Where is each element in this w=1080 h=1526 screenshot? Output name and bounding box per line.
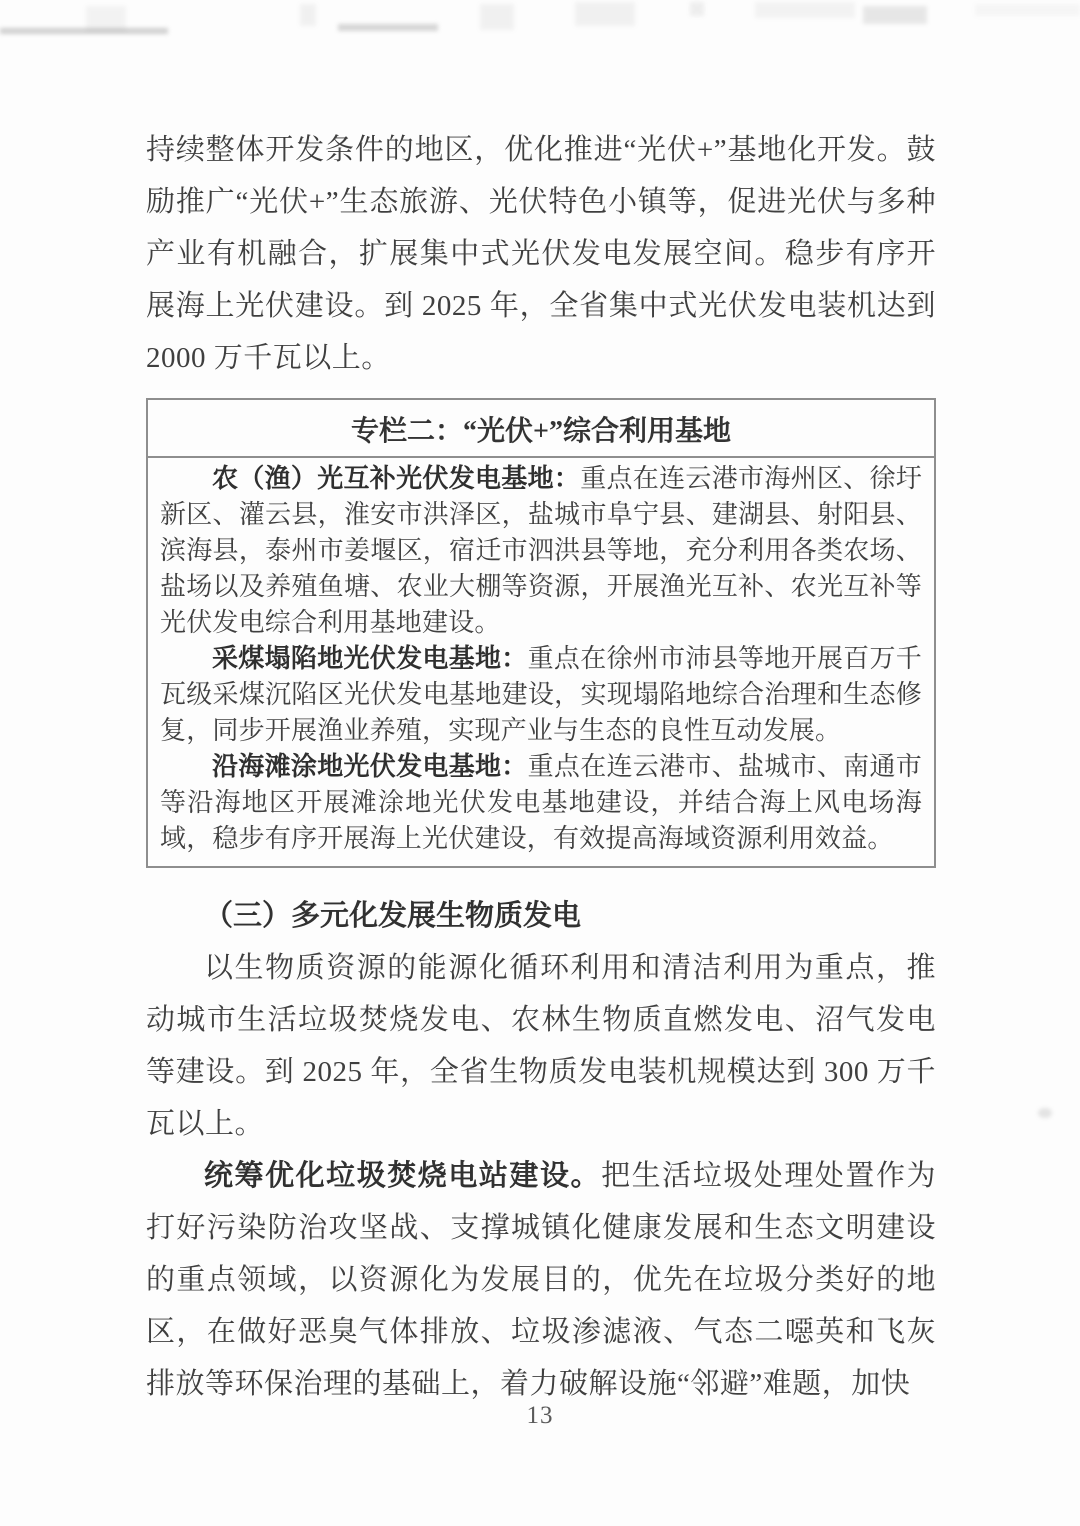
document-page: 持续整体开发条件的地区，优化推进“光伏+”基地化开发。鼓励推广“光伏+”生态旅游… bbox=[0, 0, 1080, 1526]
scan-artifact bbox=[575, 2, 635, 26]
scan-artifact bbox=[338, 24, 438, 31]
callout-box-title: 专栏二：“光伏+”综合利用基地 bbox=[148, 400, 934, 458]
scan-artifact bbox=[480, 4, 514, 30]
box-item-lead: 农（渔）光互补光伏发电基地： bbox=[212, 464, 580, 493]
callout-box-column-two: 专栏二：“光伏+”综合利用基地 农（渔）光互补光伏发电基地：重点在连云港市海州区… bbox=[146, 398, 936, 868]
box-item-lead: 采煤塌陷地光伏发电基地： bbox=[212, 644, 528, 673]
page-number: 13 bbox=[0, 1402, 1080, 1430]
box-item-agri-fishery-pv: 农（渔）光互补光伏发电基地：重点在连云港市海州区、徐圩新区、灌云县，淮安市洪泽区… bbox=[160, 461, 922, 641]
paragraph-waste-text: 把生活垃圾处理处置作为打好污染防治攻坚战、支撑城镇化健康发展和生态文明建设的重点… bbox=[146, 1160, 936, 1400]
paragraph-biomass: 以生物质资源的能源化循环利用和清洁利用为重点，推动城市生活垃圾焚烧发电、农林生物… bbox=[146, 942, 936, 1150]
box-item-coal-subsidence-pv: 采煤塌陷地光伏发电基地：重点在徐州市沛县等地开展百万千瓦级采煤沉陷区光伏发电基地… bbox=[160, 641, 922, 749]
scan-artifact bbox=[86, 6, 126, 32]
box-item-lead: 沿海滩涂地光伏发电基地： bbox=[212, 752, 528, 781]
scan-artifact bbox=[0, 28, 168, 34]
callout-box-body: 农（渔）光互补光伏发电基地：重点在连云港市海州区、徐圩新区、灌云县，淮安市洪泽区… bbox=[148, 458, 934, 866]
paragraph-waste-incineration: 统筹优化垃圾焚烧电站建设。把生活垃圾处理处置作为打好污染防治攻坚战、支撑城镇化健… bbox=[146, 1150, 936, 1410]
scan-artifact bbox=[300, 4, 316, 26]
paragraph-waste-lead: 统筹优化垃圾焚烧电站建设。 bbox=[204, 1160, 601, 1192]
section-heading-biomass: （三）多元化发展生物质发电 bbox=[146, 890, 936, 942]
paragraph-pv-continuation: 持续整体开发条件的地区，优化推进“光伏+”基地化开发。鼓励推广“光伏+”生态旅游… bbox=[146, 124, 936, 384]
scan-artifact bbox=[690, 2, 704, 16]
scan-smudge bbox=[1038, 1108, 1052, 1118]
scan-artifact bbox=[863, 6, 927, 24]
scan-artifact bbox=[755, 2, 855, 18]
scan-artifact bbox=[975, 4, 1080, 16]
page-content: 持续整体开发条件的地区，优化推进“光伏+”基地化开发。鼓励推广“光伏+”生态旅游… bbox=[146, 124, 936, 1410]
box-item-coastal-tidal-flat-pv: 沿海滩涂地光伏发电基地：重点在连云港市、盐城市、南通市等沿海地区开展滩涂地光伏发… bbox=[160, 749, 922, 857]
